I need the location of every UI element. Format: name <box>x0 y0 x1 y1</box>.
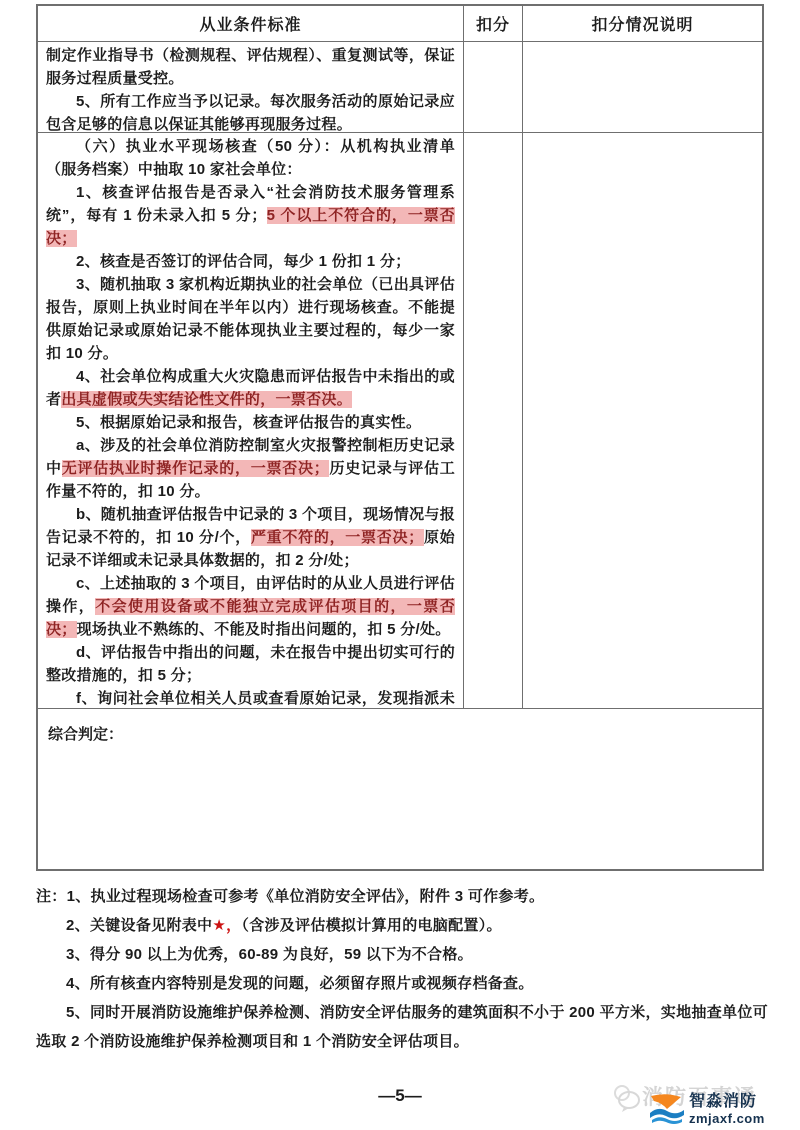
cell-overall-verdict: 综合判定： <box>38 709 762 869</box>
cell-main-criteria: （六）执业水平现场核查（50 分）：从机构执业清单（服务档案）中抽取 10 家社… <box>38 133 464 709</box>
document-page: 从业条件标准 扣分 扣分情况说明 制定作业指导书（检测规程、评估规程）、重复测试… <box>0 0 800 1130</box>
highlighted-text: 出具虚假或失实结论性文件的，一票否决。 <box>61 391 352 408</box>
footnotes: 注：1、执业过程现场检查可参考《单位消防安全评估》，附件 3 可作参考。2、关键… <box>36 882 768 1056</box>
text-run: d、评估报告中指出的问题，未在报告中提出切实可行的整改措施的，扣 5 分； <box>46 644 455 684</box>
chat-bubble-icon <box>612 1083 642 1113</box>
text-run: 3、随机抽取 3 家机构近期执业的社会单位（已出具评估报告，原则上执业时间在半年… <box>46 276 455 362</box>
text-run: 5、同时开展消防设施维护保养检测、消防安全评估服务的建筑面积不小于 200 平方… <box>36 1004 768 1050</box>
logo-domain: zmjaxf.com <box>689 1112 765 1125</box>
text-run: 5、根据原始记录和报告，核查评估报告的真实性。 <box>76 414 421 431</box>
cell-main-deduction <box>464 133 523 709</box>
text-run: 2、关键设备见附表中 <box>66 917 212 934</box>
logo-text-block: 智淼消防 zmjaxf.com <box>689 1094 765 1125</box>
paragraph: 2、核查是否签订的评估合同，每少 1 份扣 1 分； <box>46 250 455 273</box>
logo-title: 智淼消防 <box>689 1094 765 1110</box>
text-run: 2、核查是否签订的评估合同，每少 1 份扣 1 分； <box>76 253 411 270</box>
paragraph: c、上述抽取的 3 个项目，由评估时的从业人员进行评估操作，不会使用设备或不能独… <box>46 572 455 641</box>
paragraph: 3、得分 90 以上为优秀，60-89 为良好，59 以下为不合格。 <box>36 940 768 969</box>
cell-main-note <box>523 133 762 709</box>
paragraph: 1、核查评估报告是否录入“社会消防技术服务管理系统”，每有 1 份未录入扣 5 … <box>46 181 455 250</box>
zmjaxf-logo-icon <box>648 1093 686 1125</box>
highlighted-text: 严重不符的，一票否决； <box>251 529 424 546</box>
text-run: f、询问社会单位相关人员或查看原始记录，发现指派未备案或注册的消防设施操作员、消… <box>46 690 455 709</box>
paragraph: 注：1、执业过程现场检查可参考《单位消防安全评估》，附件 3 可作参考。 <box>36 882 768 911</box>
paragraph: 5、同时开展消防设施维护保养检测、消防安全评估服务的建筑面积不小于 200 平方… <box>36 998 768 1056</box>
watermark-area: 消防百事通 智淼消防 zmjaxf.com <box>612 1075 800 1130</box>
paragraph: 3、随机抽取 3 家机构近期执业的社会单位（已出具评估报告，原则上执业时间在半年… <box>46 273 455 365</box>
paragraph: 2、关键设备见附表中★，（含涉及评估模拟计算用的电脑配置）。 <box>36 911 768 940</box>
paragraph: 5、所有工作应当予以记录。每次服务活动的原始记录应包含足够的信息以保证其能够再现… <box>46 90 455 133</box>
paragraph: 5、根据原始记录和报告，核查评估报告的真实性。 <box>46 411 455 434</box>
paragraph: d、评估报告中指出的问题，未在报告中提出切实可行的整改措施的，扣 5 分； <box>46 641 455 687</box>
criteria-table: 从业条件标准 扣分 扣分情况说明 制定作业指导书（检测规程、评估规程）、重复测试… <box>36 4 764 871</box>
text-run: 制定作业指导书（检测规程、评估规程）、重复测试等，保证服务过程质量受控。 <box>46 47 455 87</box>
paragraph: a、涉及的社会单位消防控制室火灾报警控制柜历史记录中无评估执业时操作记录的，一票… <box>46 434 455 503</box>
zmjaxf-logo: 智淼消防 zmjaxf.com <box>648 1093 765 1125</box>
text-run: （含涉及评估模拟计算用的电脑配置）。 <box>241 917 501 934</box>
table-header-deduction-note: 扣分情况说明 <box>523 6 762 42</box>
paragraph: f、询问社会单位相关人员或查看原始记录，发现指派未备案或注册的消防设施操作员、消… <box>46 687 455 709</box>
paragraph: （六）执业水平现场核查（50 分）：从机构执业清单（服务档案）中抽取 10 家社… <box>46 135 455 181</box>
paragraph: 制定作业指导书（检测规程、评估规程）、重复测试等，保证服务过程质量受控。 <box>46 44 455 90</box>
text-run: 5、所有工作应当予以记录。每次服务活动的原始记录应包含足够的信息以保证其能够再现… <box>46 93 455 133</box>
table-header-criteria: 从业条件标准 <box>38 6 464 42</box>
paragraph: 4、社会单位构成重大火灾隐患而评估报告中未指出的或者出具虚假或失实结论性文件的，… <box>46 365 455 411</box>
cell-carryover-deduction <box>464 42 523 133</box>
paragraph: b、随机抽查评估报告中记录的 3 个项目，现场情况与报告记录不符的，扣 10 分… <box>46 503 455 572</box>
cell-carryover-note <box>523 42 762 133</box>
red-star-text: ★， <box>212 917 241 934</box>
paragraph: 4、所有核查内容特别是发现的问题，必须留存照片或视频存档备查。 <box>36 969 768 998</box>
text-run: 4、所有核查内容特别是发现的问题，必须留存照片或视频存档备查。 <box>66 975 534 992</box>
table-header-deduction: 扣分 <box>464 6 523 42</box>
text-run: 现场执业不熟练的、不能及时指出问题的，扣 5 分/处。 <box>77 621 451 638</box>
text-run: 注：1、执业过程现场检查可参考《单位消防安全评估》，附件 3 可作参考。 <box>36 888 544 905</box>
text-run: 3、得分 90 以上为优秀，60-89 为良好，59 以下为不合格。 <box>66 946 473 963</box>
text-run: （六）执业水平现场核查（50 分）：从机构执业清单（服务档案）中抽取 10 家社… <box>46 138 455 178</box>
highlighted-text: 无评估执业时操作记录的，一票否决； <box>62 460 329 477</box>
cell-carryover-criteria: 制定作业指导书（检测规程、评估规程）、重复测试等，保证服务过程质量受控。5、所有… <box>38 42 464 133</box>
